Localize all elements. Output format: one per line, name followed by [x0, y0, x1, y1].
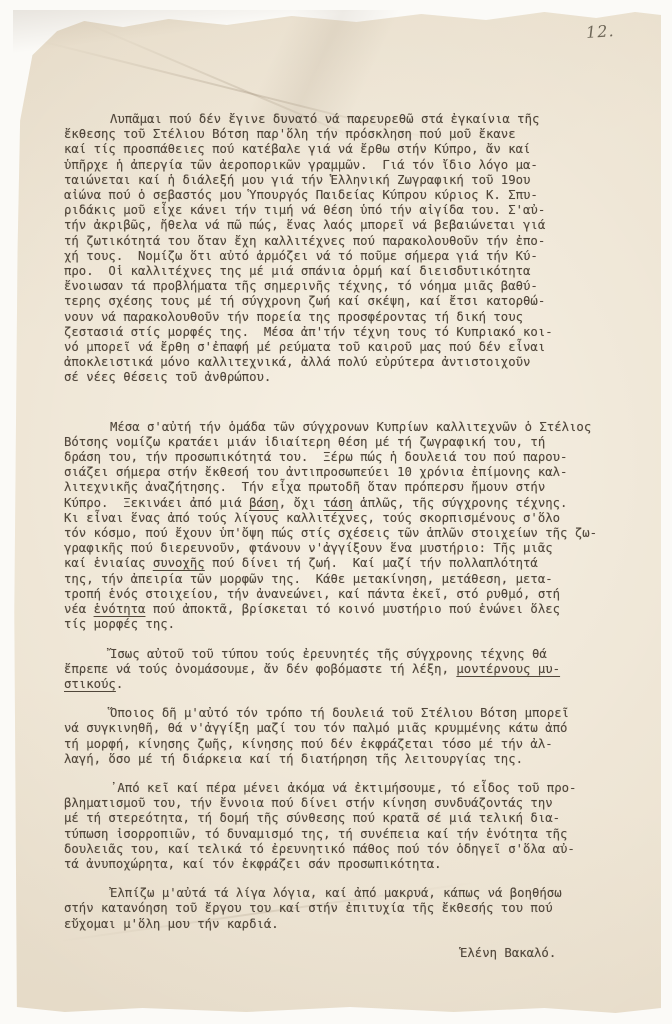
- typed-line: Βότσης νομίζω κρατάει μιάν ἰδιαίτερη θέσ…: [64, 435, 620, 450]
- typed-line: ἀποκλειστικά μόνο καλλιτεχνικά, ἀλλά πολ…: [64, 355, 620, 370]
- typed-line: τή μορφή, κίνησης ζωῆς, κίνησης πού δέν …: [64, 737, 620, 752]
- typed-line: λαγή, ὅσο μέ τή διάρκεια καί τή διατήρησ…: [64, 752, 620, 767]
- typed-line: προ. Οἱ καλλιτέχνες της μέ μιά σπάνια ὁρ…: [64, 264, 620, 279]
- typed-line: τή ζωτικότητά του ὅταν ἔχη καλλιτέχνες π…: [64, 234, 620, 249]
- paragraph: Ὅποιος δῆ μ'αὐτό τόν τρόπο τή δουλειά το…: [64, 706, 620, 767]
- typed-line: χή τους. Νομίζω ὅτι αὐτό ἁρμόζει νά τό π…: [64, 249, 620, 264]
- paragraph: Ἐλπίζω μ'αὐτά τά λίγα λόγια, καί ἀπό μακ…: [64, 886, 620, 932]
- typed-line: τερης σχέσης τους μέ τή σύγχρονη ζωή καί…: [64, 294, 620, 309]
- typed-line: Κύπρο. Ξεκινάει ἀπό μιά βάση, ὄχι τάση ἁ…: [64, 496, 620, 511]
- typed-line: τά ἀνυποχώρητα, καί τόν ἐκφράζει σάν προ…: [64, 857, 620, 872]
- typed-line: λιτεχνικῆς ἀναζήτησης. Τήν εἶχα πρωτοδῆ …: [64, 480, 620, 495]
- typed-line: νέα ἑνότητα πού ἀποκτᾶ, βρίσκεται τό κοι…: [64, 602, 620, 617]
- paragraph: Μέσα σ'αὐτή τήν ὁμάδα τῶν σύγχρονων Κυπρ…: [64, 420, 620, 633]
- typed-line: Ἐλπίζω μ'αὐτά τά λίγα λόγια, καί ἀπό μακ…: [64, 886, 620, 901]
- typed-line: τροπή ἑνός στοιχείου, τήν ἀνανεώνει, καί…: [64, 587, 620, 602]
- typed-line: ζεστασιά στίς μορφές της. Μέσα ἀπ'τήν τέ…: [64, 325, 620, 340]
- paragraph: Λυπᾶμαι πού δέν ἔγινε δυνατό νά παρευρεθ…: [64, 112, 620, 386]
- typed-text: Λυπᾶμαι πού δέν ἔγινε δυνατό νά παρευρεθ…: [64, 112, 620, 961]
- typed-line: ἔπρεπε νά τούς ὀνομάσουμε, ἄν δέν φοβόμα…: [64, 662, 620, 677]
- typed-line: γραφικῆς πού διερευνοῦν, φτάνουν ν'ἀγγίξ…: [64, 541, 620, 556]
- typed-line: εὔχομαι μ'ὅλη μου τήν καρδιά.: [64, 917, 620, 932]
- typed-line: μέ τή στερεότητα, τή δομή τῆς σύνθεσης π…: [64, 811, 620, 826]
- typed-line: στήν κατανόηση τοῦ ἔργου του καί στήν ἐπ…: [64, 901, 620, 916]
- typed-line: αἰώνα πού ὁ σεβαστός μου Ὑπουργός Παιδεί…: [64, 188, 620, 203]
- typed-line: δράση του, τήν προσωπικότητά του. Ξέρω π…: [64, 450, 620, 465]
- typed-line: τύπωση ἰσορροπιῶν, τό δυναμισμό της, τή …: [64, 827, 620, 842]
- signature: Ἑλένη Βακαλό.: [460, 946, 620, 961]
- typed-line: ἔκθεσης τοῦ Στέλιου Βότση παρ'ὅλη τήν πρ…: [64, 127, 620, 142]
- typed-line: στικούς.: [64, 677, 620, 692]
- typed-line: Μέσα σ'αὐτή τήν ὁμάδα τῶν σύγχρονων Κυπρ…: [64, 420, 620, 435]
- paragraph: Ἴσως αὐτοῦ τοῦ τύπου τούς ἐρευνητές τῆς …: [64, 647, 620, 693]
- typed-line: βληματισμοῦ του, τήν ἔννοια πού δίνει στ…: [64, 796, 620, 811]
- typed-line: ταιώνεται καί ἡ διάλεξή μου γιά τήν Ἑλλη…: [64, 173, 620, 188]
- typed-line: Ὅποιος δῆ μ'αὐτό τόν τρόπο τή δουλειά το…: [64, 706, 620, 721]
- typed-line: ᾿Από κεῖ καί πέρα μένει ἀκόμα νά ἐκτιμήσ…: [64, 781, 620, 796]
- typed-line: Λυπᾶμαι πού δέν ἔγινε δυνατό νά παρευρεθ…: [64, 112, 620, 127]
- typed-line: σέ νέες θέσεις τοῦ ἀνθρώπου.: [64, 370, 620, 385]
- typed-line: Κι εἶναι ἕνας ἀπό τούς λίγους καλλιτέχνε…: [64, 511, 620, 526]
- paragraph: ᾿Από κεῖ καί πέρα μένει ἀκόμα νά ἐκτιμήσ…: [64, 781, 620, 872]
- typed-line: ριδάκις μοῦ εἶχε κάνει τήν τιμή νά θέση …: [64, 203, 620, 218]
- typed-line: νουν νά παρακολουθοῦν τήν πορεία της προ…: [64, 310, 620, 325]
- typed-line: καί ἑνιαίας συνοχῆς πού δίνει τή ζωή. Κα…: [64, 556, 620, 571]
- typed-line: τόν κόσμο, πού ἔχουν ὑπ'ὄψη πώς στίς σχέ…: [64, 526, 620, 541]
- typed-line: δουλειᾶς του, καί τελικά τό ἐρευνητικό π…: [64, 842, 620, 857]
- typed-line: σιάζει σήμερα στήν ἔκθεσή του ἀντιπροσωπ…: [64, 465, 620, 480]
- typed-line: τήν ἀκριβῶς, ἤθελα νά πῶ πώς, ἕνας λαός …: [64, 218, 620, 233]
- typed-line: καί τίς προσπάθειες πού κατέβαλε γιά νά …: [64, 142, 620, 157]
- handwritten-page-number: 12.: [585, 21, 615, 42]
- typed-line: ἔνοιωσαν τά προβλήματα τῆς σημερινῆς τέχ…: [64, 279, 620, 294]
- typed-line: ὑπῆρχε ἡ ἀπεργία τῶν ἀεροπορικῶν γραμμῶν…: [64, 158, 620, 173]
- typed-line: της, τήν ἀπειρία τῶν μορφῶν της. Κάθε με…: [64, 572, 620, 587]
- typed-line: νά συγκινηθῆ, θά ν'ἀγγίξη μαζί του τόν π…: [64, 721, 620, 736]
- typed-line: Ἴσως αὐτοῦ τοῦ τύπου τούς ἐρευνητές τῆς …: [64, 647, 620, 662]
- typed-line: νό μπορεῖ νά ἔρθη σ'ἐπαφή μέ ρεύματα τοῦ…: [64, 340, 620, 355]
- typed-line: τίς μορφές της.: [64, 617, 620, 632]
